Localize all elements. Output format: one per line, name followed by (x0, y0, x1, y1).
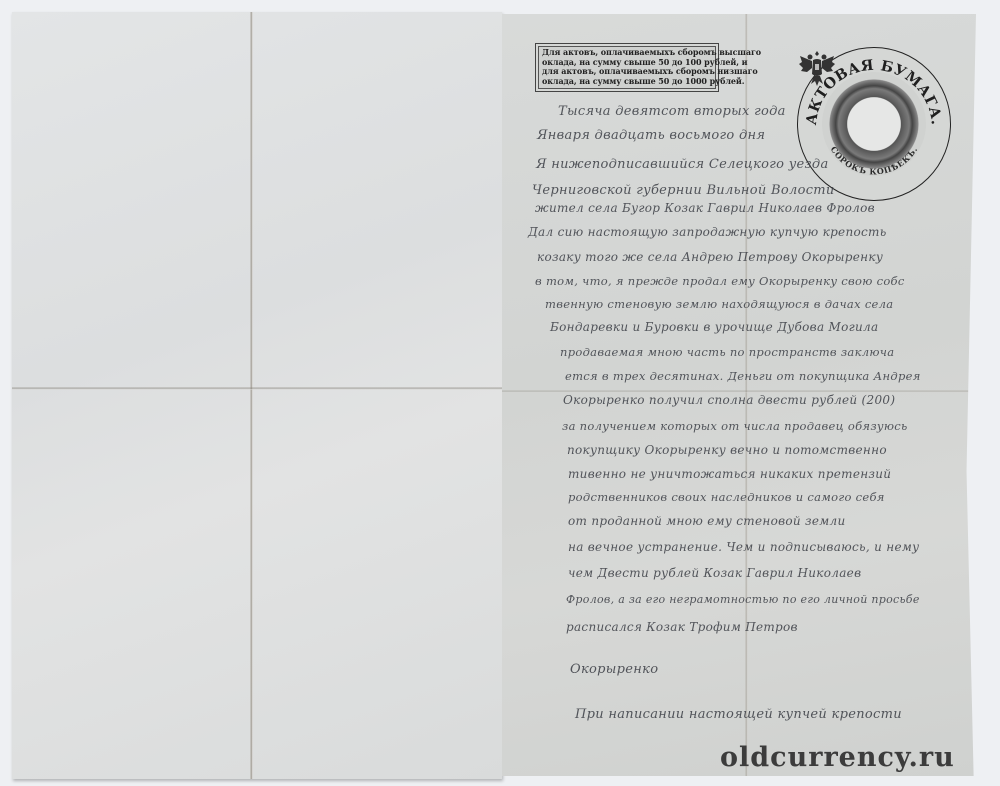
handwritten-line: При написании настоящей купчей крепости (575, 707, 902, 722)
handwritten-line: тивенно не уничтожаться никаких претензи… (568, 467, 891, 481)
handwritten-line: Фролов, а за его неграмотностью по его л… (566, 593, 920, 606)
handwritten-line: Тысяча девятсот вторых года (558, 104, 786, 119)
handwritten-line: Черниговской губернии Вильной Волости (532, 183, 835, 198)
handwritten-line: Окорыренко получил сполна двести рублей … (563, 393, 895, 407)
handwritten-signature: Окорыренко (570, 662, 658, 677)
stamp-duty-notice: Для актовъ, оплачиваемыхъ сборомъ высшаг… (535, 43, 719, 92)
handwritten-line: чем Двести рублей Козак Гаврил Николаев (568, 566, 861, 580)
svg-text:СОРОКЪ КОПѢЕКЪ.: СОРОКЪ КОПѢЕКЪ. (829, 144, 920, 176)
revenue-seal: АКТОВАЯ БУМАГА. СОРОКЪ КОПѢЕКЪ. (797, 47, 951, 201)
handwritten-line: жител села Бугор Козак Гаврил Николаев Ф… (535, 201, 875, 215)
handwritten-line: козаку того же села Андрею Петрову Окоры… (537, 250, 883, 264)
horizontal-fold (12, 387, 502, 390)
handwritten-line: за получением которых от числа продавец … (562, 419, 908, 433)
double-headed-eagle-icon (798, 48, 836, 88)
handwritten-line: родственников своих наследников и самого… (568, 490, 885, 504)
handwritten-line: от проданной мною ему стеновой земли (568, 514, 846, 528)
handwritten-line: Дал сию настоящую запродажную купчую кре… (528, 225, 887, 239)
handwritten-line: расписался Козак Трофим Петров (566, 620, 798, 634)
handwritten-line: ется в трех десятинах. Деньги от покупщи… (565, 369, 921, 383)
watermark: oldcurrency.ru (720, 742, 955, 773)
vertical-fold (250, 12, 253, 779)
handwritten-line: на вечное устранение. Чем и подписываюсь… (568, 540, 919, 554)
handwritten-line: продаваемая мною часть по пространств за… (560, 345, 894, 359)
handwritten-line: Я нижеподписавшийся Селецкого уезда (536, 157, 829, 172)
handwritten-line: Бондаревки и Буровки в урочище Дубова Мо… (550, 320, 878, 334)
handwritten-line: в том, что, я прежде продал ему Окорырен… (535, 274, 905, 288)
handwritten-line: покупщику Окорыренку вечно и потомственн… (567, 443, 887, 457)
notice-line: оклада, на сумму свыше 50 до 1000 рублей… (542, 77, 712, 87)
left-blank-page (12, 12, 502, 779)
handwritten-line: твенную стеновую землю находящуюся в дач… (545, 297, 893, 311)
handwritten-line: Января двадцать восьмого дня (537, 128, 765, 143)
